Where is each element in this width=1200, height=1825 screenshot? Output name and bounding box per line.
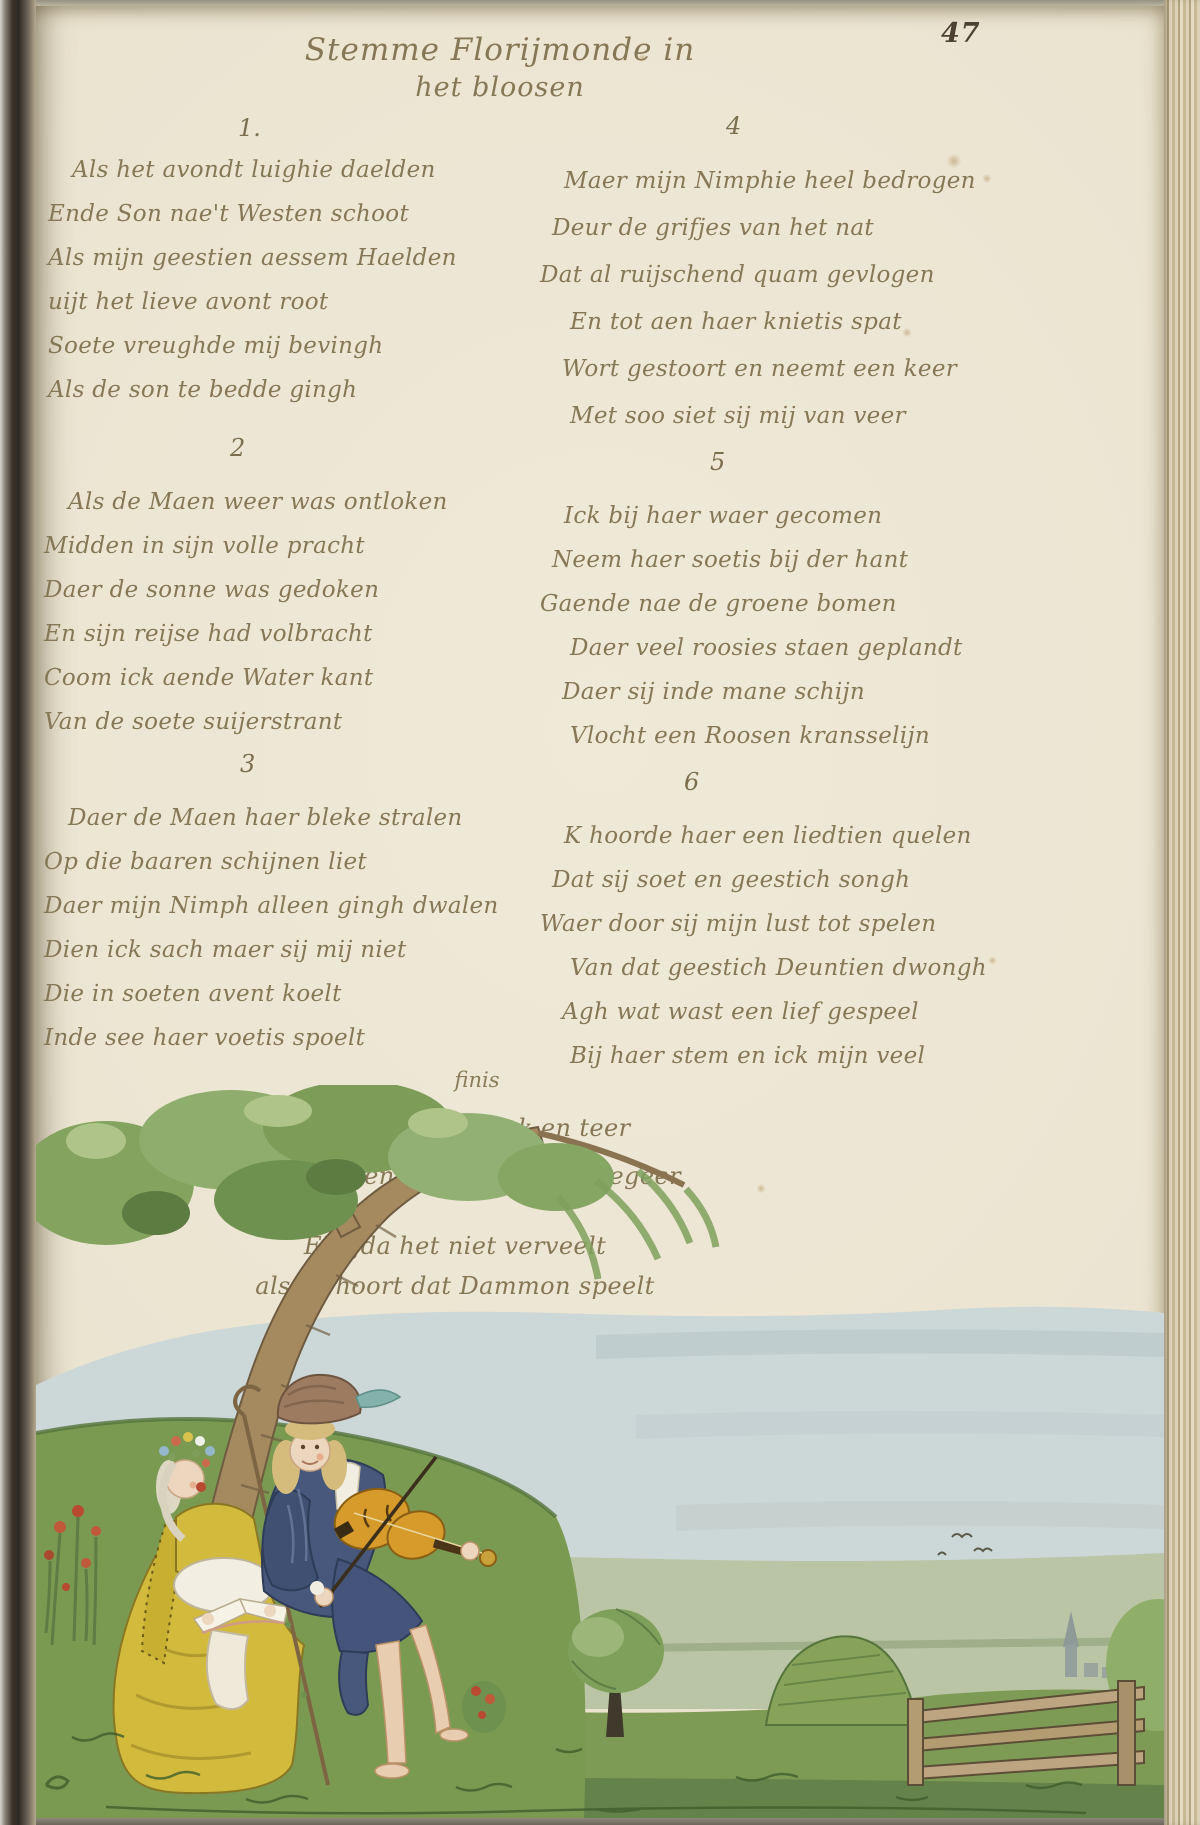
verse-line: Als de son te bedde gingh xyxy=(48,368,528,412)
book-binding-edge xyxy=(0,0,36,1825)
tree-foliage xyxy=(36,1085,716,1279)
stanza-2: Als de Maen weer was ontloken Midden in … xyxy=(44,480,524,744)
verse-line: Daer sij inde mane schijn xyxy=(562,670,1012,714)
poem-title-line-2: het bloosen xyxy=(250,72,750,103)
verse-line: Daer mijn Nimph alleen gingh dwalen xyxy=(44,884,524,928)
verse-line: Neem haer soetis bij der hant xyxy=(552,538,1012,582)
verse-line: Daer veel roosies staen geplandt xyxy=(570,626,1012,670)
foxing-spot xyxy=(638,54,647,62)
foxing-spot xyxy=(902,328,912,337)
stanza-5: Ick bij haer waer gecomen Neem haer soet… xyxy=(532,494,1012,758)
verse-line: Als het avondt luighie daelden xyxy=(72,148,528,192)
verse-line: uijt het lieve avont root xyxy=(48,280,528,324)
verse-line: Midden in sijn volle pracht xyxy=(44,524,524,568)
verse-line: En tot aen haer knietis spat xyxy=(570,299,1012,346)
verse-line: Gaende nae de groene bomen xyxy=(540,582,1012,626)
verse-line: Die in soeten avent koelt xyxy=(44,972,524,1016)
stanza-2-number: 2 xyxy=(230,434,245,462)
verse-line: K hoorde haer een liedtien quelen xyxy=(564,814,1012,858)
verse-line: Soete vreughde mij bevingh xyxy=(48,324,528,368)
verse-line: Bij haer stem en ick mijn veel xyxy=(570,1034,1012,1078)
verse-line: Van de soete suijerstrant xyxy=(44,700,524,744)
foxing-spot xyxy=(946,154,962,168)
foxing-spot xyxy=(988,956,997,965)
verse-line: Dat al ruijschend quam gevlogen xyxy=(540,252,1012,299)
verse-line: Ick bij haer waer gecomen xyxy=(564,494,1012,538)
verse-line: Daer de sonne was gedoken xyxy=(44,568,524,612)
verse-line: Met soo siet sij mij van veer xyxy=(570,393,1012,440)
stanza-3-number: 3 xyxy=(240,750,255,778)
verse-line: Agh wat wast een lief gespeel xyxy=(562,990,1012,1034)
verse-line: Vlocht een Roosen kransselijn xyxy=(570,714,1012,758)
stanza-4: Maer mijn Nimphie heel bedrogen Deur de … xyxy=(532,158,1012,440)
verse-line: Coom ick aende Water kant xyxy=(44,656,524,700)
verse-line: Maer mijn Nimphie heel bedrogen xyxy=(564,158,1012,205)
verse-line: Ende Son nae't Westen schoot xyxy=(48,192,528,236)
verse-line: Waer door sij mijn lust tot spelen xyxy=(540,902,1012,946)
verse-line: Daer de Maen haer bleke stralen xyxy=(68,796,524,840)
stanza-1: Als het avondt luighie daelden Ende Son … xyxy=(48,148,528,412)
verse-line: Deur de grifjes van het nat xyxy=(552,205,1012,252)
verse-line: Wort gestoort en neemt een keer xyxy=(562,346,1012,393)
verse-line: Op die baaren schijnen liet xyxy=(44,840,524,884)
foxing-spot xyxy=(982,174,992,183)
manuscript-page: 47 Stemme Florijmonde in het bloosen 1. … xyxy=(36,6,1164,1818)
verse-line: Dien ick sach maer sij mij niet xyxy=(44,928,524,972)
verse-line: Dat sij soet en geestich songh xyxy=(552,858,1012,902)
stanza-1-number: 1. xyxy=(238,114,261,142)
verse-line: Als mijn geestien aessem Haelden xyxy=(48,236,528,280)
verse-line: Van dat geestich Deuntien dwongh xyxy=(570,946,1012,990)
stanza-6: K hoorde haer een liedtien quelen Dat si… xyxy=(532,814,1012,1078)
page-number: 47 xyxy=(941,18,981,49)
stanza-4-number: 4 xyxy=(726,112,741,140)
poem-title-line-1: Stemme Florijmonde in xyxy=(250,32,750,68)
verse-line: Inde see haer voetis spoelt xyxy=(44,1016,524,1060)
verse-line: Als de Maen weer was ontloken xyxy=(68,480,524,524)
page-stack-edge xyxy=(1164,0,1200,1825)
stanza-6-number: 6 xyxy=(684,768,699,796)
page-bottom-edge xyxy=(36,1818,1164,1825)
stanza-3: Daer de Maen haer bleke stralen Op die b… xyxy=(44,796,524,1060)
stanza-5-number: 5 xyxy=(710,448,725,476)
illustration xyxy=(36,1085,1164,1818)
verse-line: En sijn reijse had volbracht xyxy=(44,612,524,656)
rose-bush xyxy=(462,1681,506,1733)
